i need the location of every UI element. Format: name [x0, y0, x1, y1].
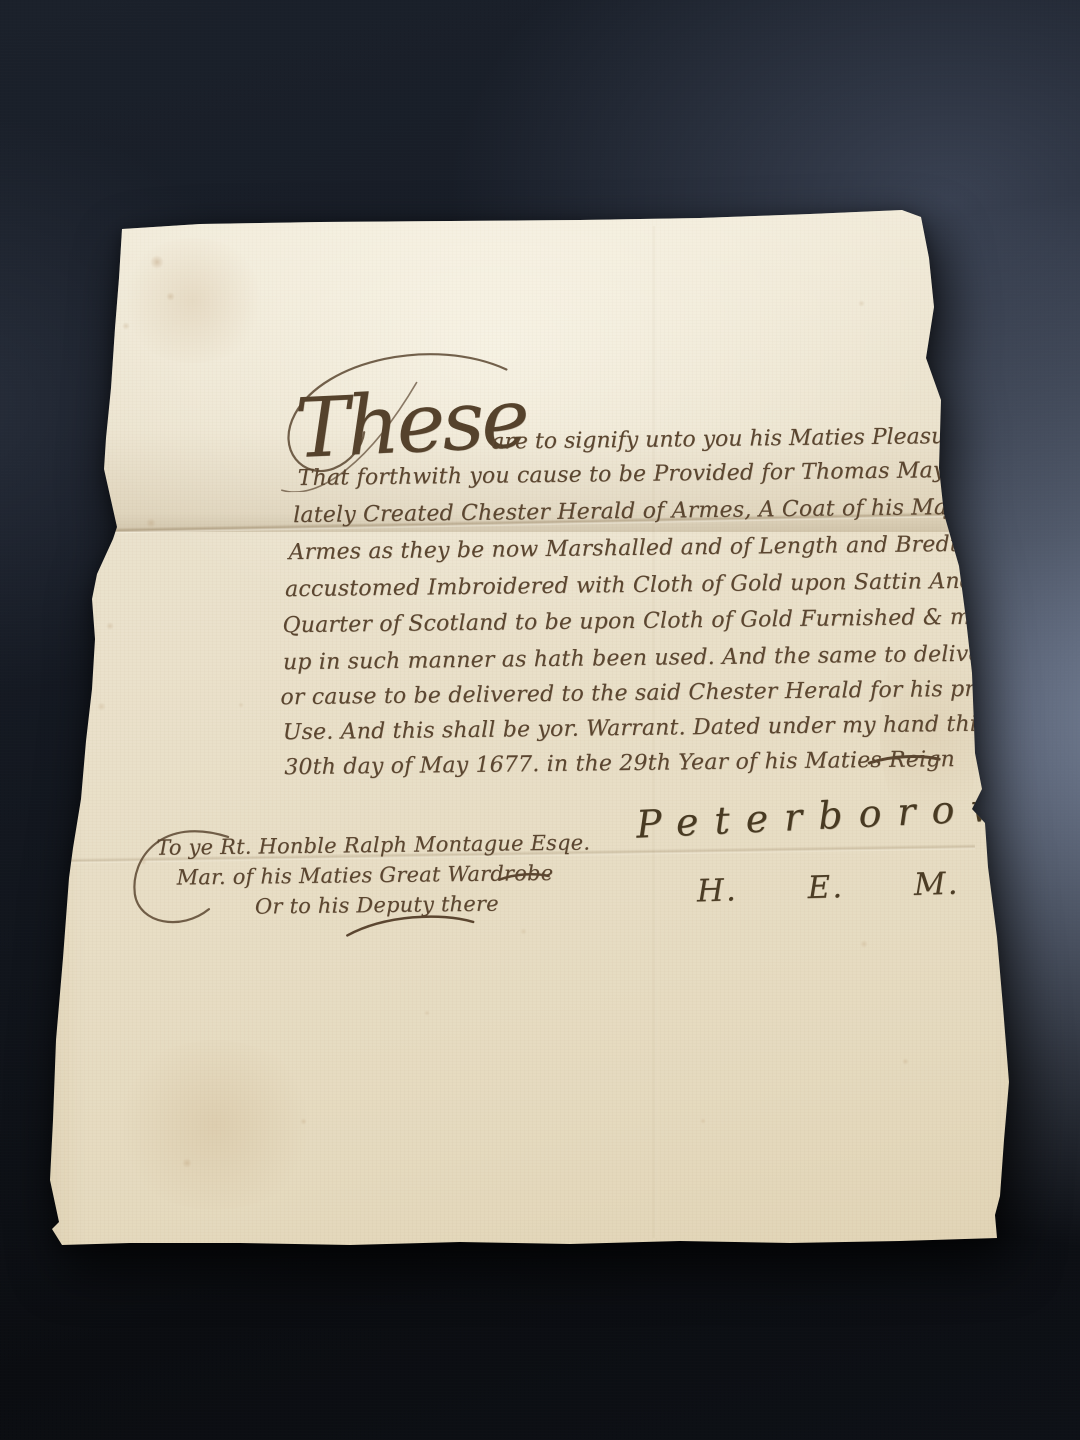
opening-line-rest: are to signify unto you his Maties Pleas… [491, 424, 976, 455]
body-line: Use. And this shall be yor. Warrant. Dat… [283, 712, 989, 746]
photo-scene: These are to signify unto you his Maties… [0, 0, 1080, 1440]
signature-initials: H. E. M. [696, 866, 960, 910]
document-paper: These are to signify unto you his Maties… [0, 0, 1080, 1440]
body-line: up in such manner as hath been used. And… [283, 642, 993, 676]
body-line: or cause to be delivered to the said Che… [280, 676, 1036, 710]
body-line: accustomed Imbroidered with Cloth of Gol… [285, 568, 1018, 602]
calligraphic-flourish-deputy-underline [341, 910, 481, 942]
calligraphic-flourish-wardrobe-dash [497, 869, 553, 884]
body-line: Quarter of Scotland to be upon Cloth of … [282, 604, 1012, 638]
paper-shadow-wrap: These are to signify unto you his Maties… [0, 0, 1080, 1440]
body-line: lately Created Chester Herald of Armes, … [293, 494, 1020, 528]
opening-word: These [293, 371, 529, 477]
body-line: Armes as they be now Marshalled and of L… [288, 531, 999, 565]
signature-name: Peterborow [635, 785, 1020, 847]
body-line: 30th day of May 1677. in the 29th Year o… [284, 747, 955, 780]
calligraphic-flourish-reign-dash [865, 750, 945, 769]
manuscript-text-layer: These are to signify unto you his Maties… [0, 0, 1080, 1440]
address-line: To ye Rt. Honble Ralph Montague Esqe. [156, 830, 590, 859]
